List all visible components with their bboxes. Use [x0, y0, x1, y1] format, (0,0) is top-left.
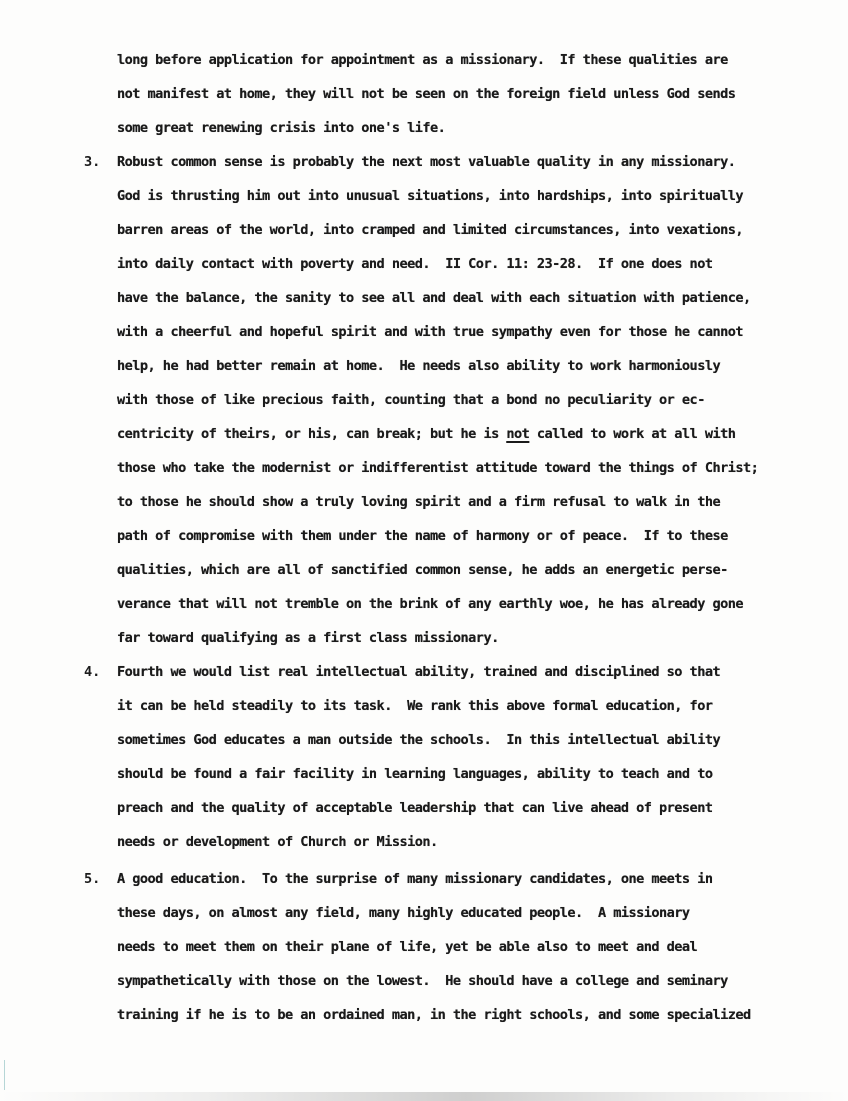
text-line: help, he had better remain at home. He n… — [117, 358, 720, 374]
text-line: those who take the modernist or indiffer… — [117, 460, 758, 476]
item-number: 4. — [84, 664, 100, 680]
text-line: preach and the quality of acceptable lea… — [117, 800, 712, 816]
text-line: these days, on almost any field, many hi… — [117, 905, 690, 921]
text-line: sympathetically with those on the lowest… — [117, 973, 728, 989]
text-line: Fourth we would list real intellectual a… — [117, 664, 720, 680]
text-line: sometimes God educates a man outside the… — [117, 732, 720, 748]
typewritten-page: long before application for appointment … — [0, 0, 848, 1101]
text-line: to those he should show a truly loving s… — [117, 494, 720, 510]
item-number: 5. — [84, 871, 100, 887]
scan-bottom-noise — [0, 1092, 848, 1101]
scan-edge-mark — [4, 1060, 5, 1090]
text-line: it can be held steadily to its task. We … — [117, 698, 712, 714]
text-line: into daily contact with poverty and need… — [117, 256, 712, 272]
text-line: barren areas of the world, into cramped … — [117, 222, 743, 238]
text-line: needs or development of Church or Missio… — [117, 834, 438, 850]
text-line: should be found a fair facility in learn… — [117, 766, 712, 782]
text-line: needs to meet them on their plane of lif… — [117, 939, 697, 955]
text-line: with those of like precious faith, count… — [117, 392, 705, 408]
item-number: 3. — [84, 154, 100, 170]
text-segment: called to work at all with — [529, 426, 735, 442]
text-line: some great renewing crisis into one's li… — [117, 120, 445, 136]
text-line: path of compromise with them under the n… — [117, 528, 728, 544]
text-line-with-emphasis: centricity of theirs, or his, can break;… — [117, 426, 735, 442]
text-line: not manifest at home, they will not be s… — [117, 86, 735, 102]
underlined-word: not — [506, 426, 529, 442]
text-line: Robust common sense is probably the next… — [117, 154, 735, 170]
text-line: long before application for appointment … — [117, 52, 728, 68]
text-line: far toward qualifying as a first class m… — [117, 630, 499, 646]
text-line: A good education. To the surprise of man… — [117, 871, 712, 887]
text-line: training if he is to be an ordained man,… — [117, 1007, 751, 1023]
text-line: God is thrusting him out into unusual si… — [117, 188, 743, 204]
text-line: verance that will not tremble on the bri… — [117, 596, 743, 612]
text-segment: centricity of theirs, or his, can break;… — [117, 426, 506, 442]
text-line: have the balance, the sanity to see all … — [117, 290, 751, 306]
text-line: qualities, which are all of sanctified c… — [117, 562, 728, 578]
text-line: with a cheerful and hopeful spirit and w… — [117, 324, 743, 340]
